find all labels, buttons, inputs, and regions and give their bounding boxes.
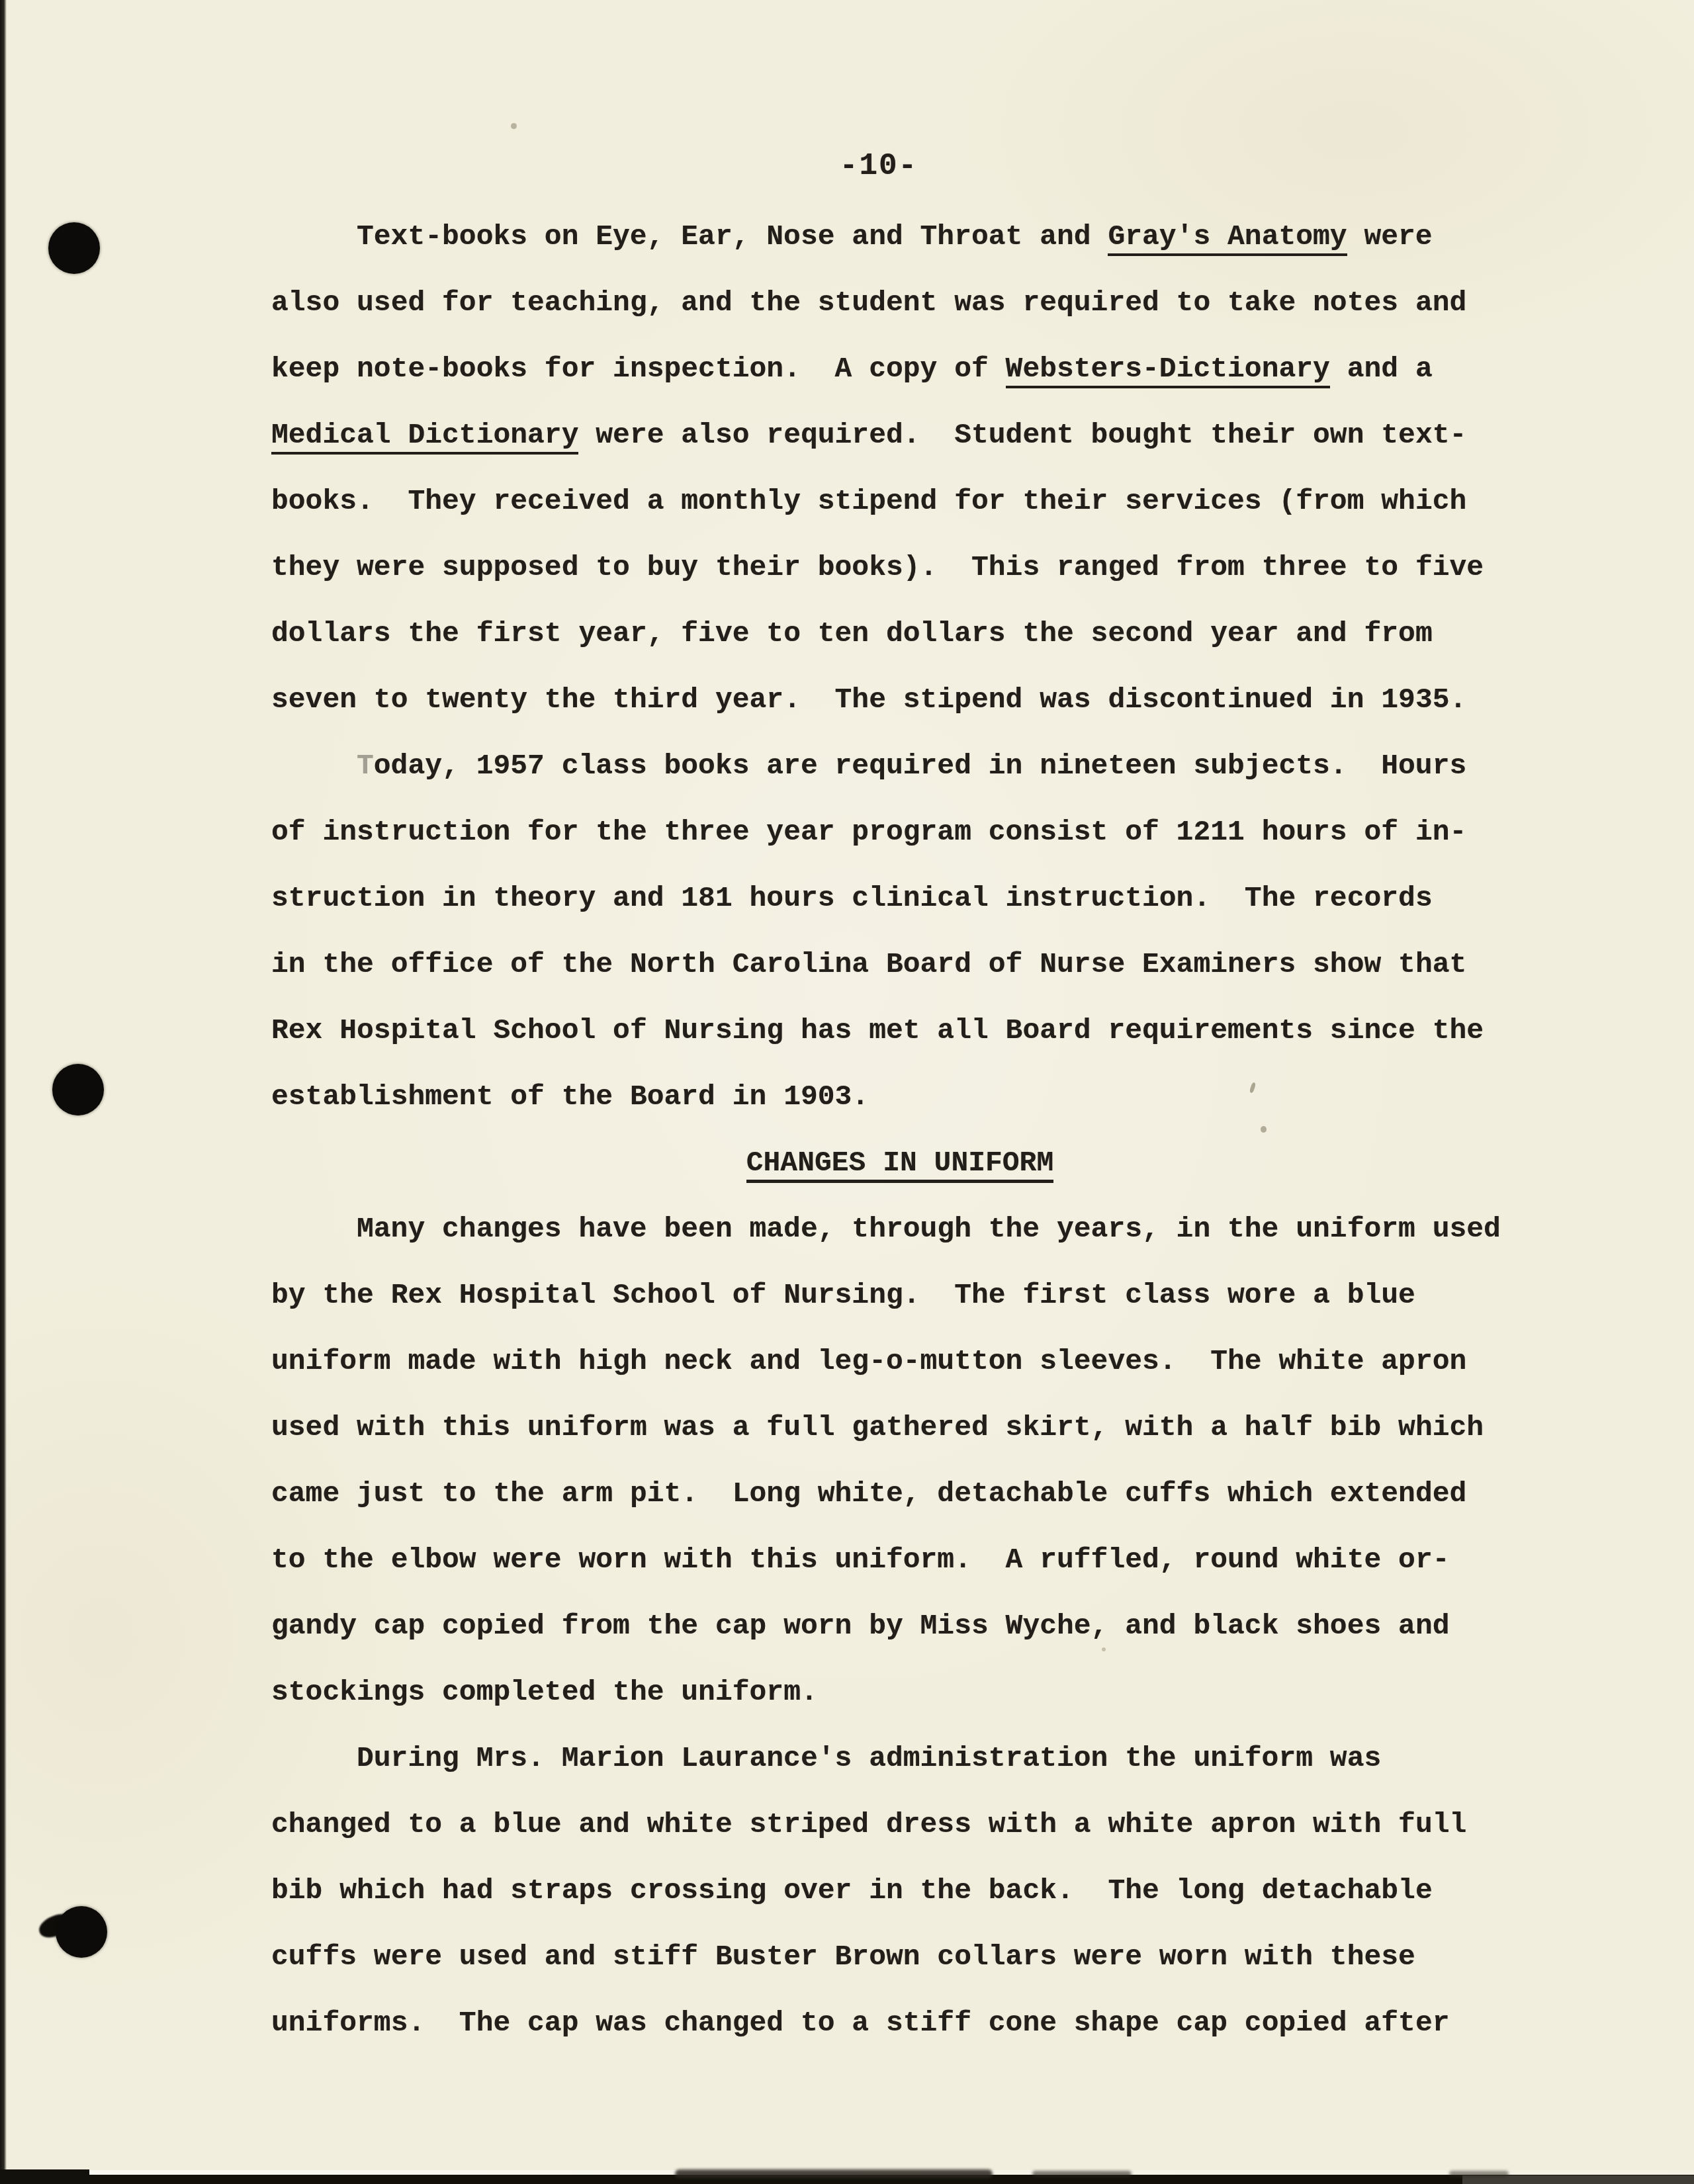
punch-hole xyxy=(48,222,100,274)
text-segment: they were supposed to buy their books). … xyxy=(271,551,1484,584)
text-line: gandy cap copied from the cap worn by Mi… xyxy=(271,1593,1529,1659)
text-line: to the elbow were worn with this uniform… xyxy=(271,1527,1529,1593)
text-line: by the Rex Hospital School of Nursing. T… xyxy=(271,1262,1529,1329)
next-page-bleed-smudge xyxy=(1032,2171,1132,2177)
text-segment: were xyxy=(1347,220,1433,253)
text-segment: came just to the arm pit. Long white, de… xyxy=(271,1477,1466,1510)
text-segment: cuffs were used and stiff Buster Brown c… xyxy=(271,1941,1415,1973)
text-segment: dollars the first year, five to ten doll… xyxy=(271,617,1433,650)
underlined-phrase: Medical Dictionary xyxy=(271,419,578,455)
text-segment: struction in theory and 181 hours clinic… xyxy=(271,882,1433,914)
text-segment: establishment of the Board in 1903. xyxy=(271,1080,869,1113)
text-segment: in the office of the North Carolina Boar… xyxy=(271,948,1466,981)
next-page-bleed-smudge xyxy=(1449,2171,1509,2177)
underlined-phrase: Gray's Anatomy xyxy=(1108,220,1347,256)
text-line: in the office of the North Carolina Boar… xyxy=(271,932,1529,998)
next-page-bleed-smudge xyxy=(675,2169,993,2178)
text-line: came just to the arm pit. Long white, de… xyxy=(271,1461,1529,1527)
underlined-phrase: Websters-Dictionary xyxy=(1006,353,1330,388)
text-segment: Text-books on Eye, Ear, Nose and Throat … xyxy=(357,220,1108,253)
text-segment: used with this uniform was a full gather… xyxy=(271,1411,1484,1444)
scanned-document-page: -10- Text-books on Eye, Ear, Nose and Th… xyxy=(0,0,1694,2184)
paper-speck xyxy=(1102,1647,1106,1651)
text-line: struction in theory and 181 hours clinic… xyxy=(271,865,1529,932)
text-line: Many changes have been made, through the… xyxy=(271,1196,1529,1262)
text-line: stockings completed the uniform. xyxy=(271,1659,1529,1725)
text-line: dollars the first year, five to ten doll… xyxy=(271,601,1529,667)
text-segment: uniform made with high neck and leg-o-mu… xyxy=(271,1345,1466,1377)
text-segment: seven to twenty the third year. The stip… xyxy=(271,683,1466,716)
text-line: used with this uniform was a full gather… xyxy=(271,1395,1529,1461)
text-segment: During Mrs. Marion Laurance's administra… xyxy=(357,1742,1381,1774)
text-line: Text-books on Eye, Ear, Nose and Throat … xyxy=(271,204,1529,270)
text-segment: T xyxy=(357,750,374,782)
text-line: uniforms. The cap was changed to a stiff… xyxy=(271,1990,1529,2056)
text-line: seven to twenty the third year. The stip… xyxy=(271,667,1529,733)
text-segment: of instruction for the three year progra… xyxy=(271,816,1466,848)
text-line: During Mrs. Marion Laurance's administra… xyxy=(271,1725,1529,1792)
text-segment: changed to a blue and white striped dres… xyxy=(271,1808,1466,1841)
text-segment: and a xyxy=(1330,353,1433,385)
text-line: of instruction for the three year progra… xyxy=(271,799,1529,865)
text-block: Text-books on Eye, Ear, Nose and Throat … xyxy=(271,204,1529,2056)
punch-hole xyxy=(56,1906,107,1958)
section-heading: CHANGES IN UNIFORM xyxy=(271,1130,1529,1196)
text-segment: oday, 1957 class books are required in n… xyxy=(374,750,1466,782)
text-segment: books. They received a monthly stipend f… xyxy=(271,485,1466,517)
text-line: changed to a blue and white striped dres… xyxy=(271,1792,1529,1858)
paper-speck xyxy=(511,123,517,129)
text-segment: gandy cap copied from the cap worn by Mi… xyxy=(271,1610,1450,1642)
text-line: Today, 1957 class books are required in … xyxy=(271,733,1529,799)
page-number: -10- xyxy=(271,151,1486,181)
text-line: bib which had straps crossing over in th… xyxy=(271,1858,1529,1924)
text-line: uniform made with high neck and leg-o-mu… xyxy=(271,1329,1529,1395)
text-line: keep note-books for inspection. A copy o… xyxy=(271,336,1529,402)
text-segment: keep note-books for inspection. A copy o… xyxy=(271,353,1006,385)
underlined-phrase: CHANGES IN UNIFORM xyxy=(746,1147,1053,1183)
text-line: establishment of the Board in 1903. xyxy=(271,1064,1529,1130)
text-segment: to the elbow were worn with this uniform… xyxy=(271,1544,1450,1576)
scan-bottom-edge-left xyxy=(0,2169,89,2184)
text-segment: were also required. Student bought their… xyxy=(578,419,1466,451)
text-line: cuffs were used and stiff Buster Brown c… xyxy=(271,1924,1529,1990)
text-line: Rex Hospital School of Nursing has met a… xyxy=(271,998,1529,1064)
text-segment: Many changes have been made, through the… xyxy=(357,1213,1501,1245)
text-line: Medical Dictionary were also required. S… xyxy=(271,402,1529,468)
text-segment: stockings completed the uniform. xyxy=(271,1676,818,1708)
paper-speck xyxy=(1261,1126,1267,1133)
text-segment: bib which had straps crossing over in th… xyxy=(271,1874,1433,1907)
scan-left-edge-shadow xyxy=(0,0,7,2184)
text-line: books. They received a monthly stipend f… xyxy=(271,468,1529,535)
text-line: they were supposed to buy their books). … xyxy=(271,535,1529,601)
text-segment: Rex Hospital School of Nursing has met a… xyxy=(271,1014,1484,1047)
punch-hole xyxy=(52,1064,104,1115)
text-segment: uniforms. The cap was changed to a stiff… xyxy=(271,2007,1450,2039)
text-line: also used for teaching, and the student … xyxy=(271,270,1529,336)
text-segment: by the Rex Hospital School of Nursing. T… xyxy=(271,1279,1415,1311)
text-segment: also used for teaching, and the student … xyxy=(271,286,1466,319)
